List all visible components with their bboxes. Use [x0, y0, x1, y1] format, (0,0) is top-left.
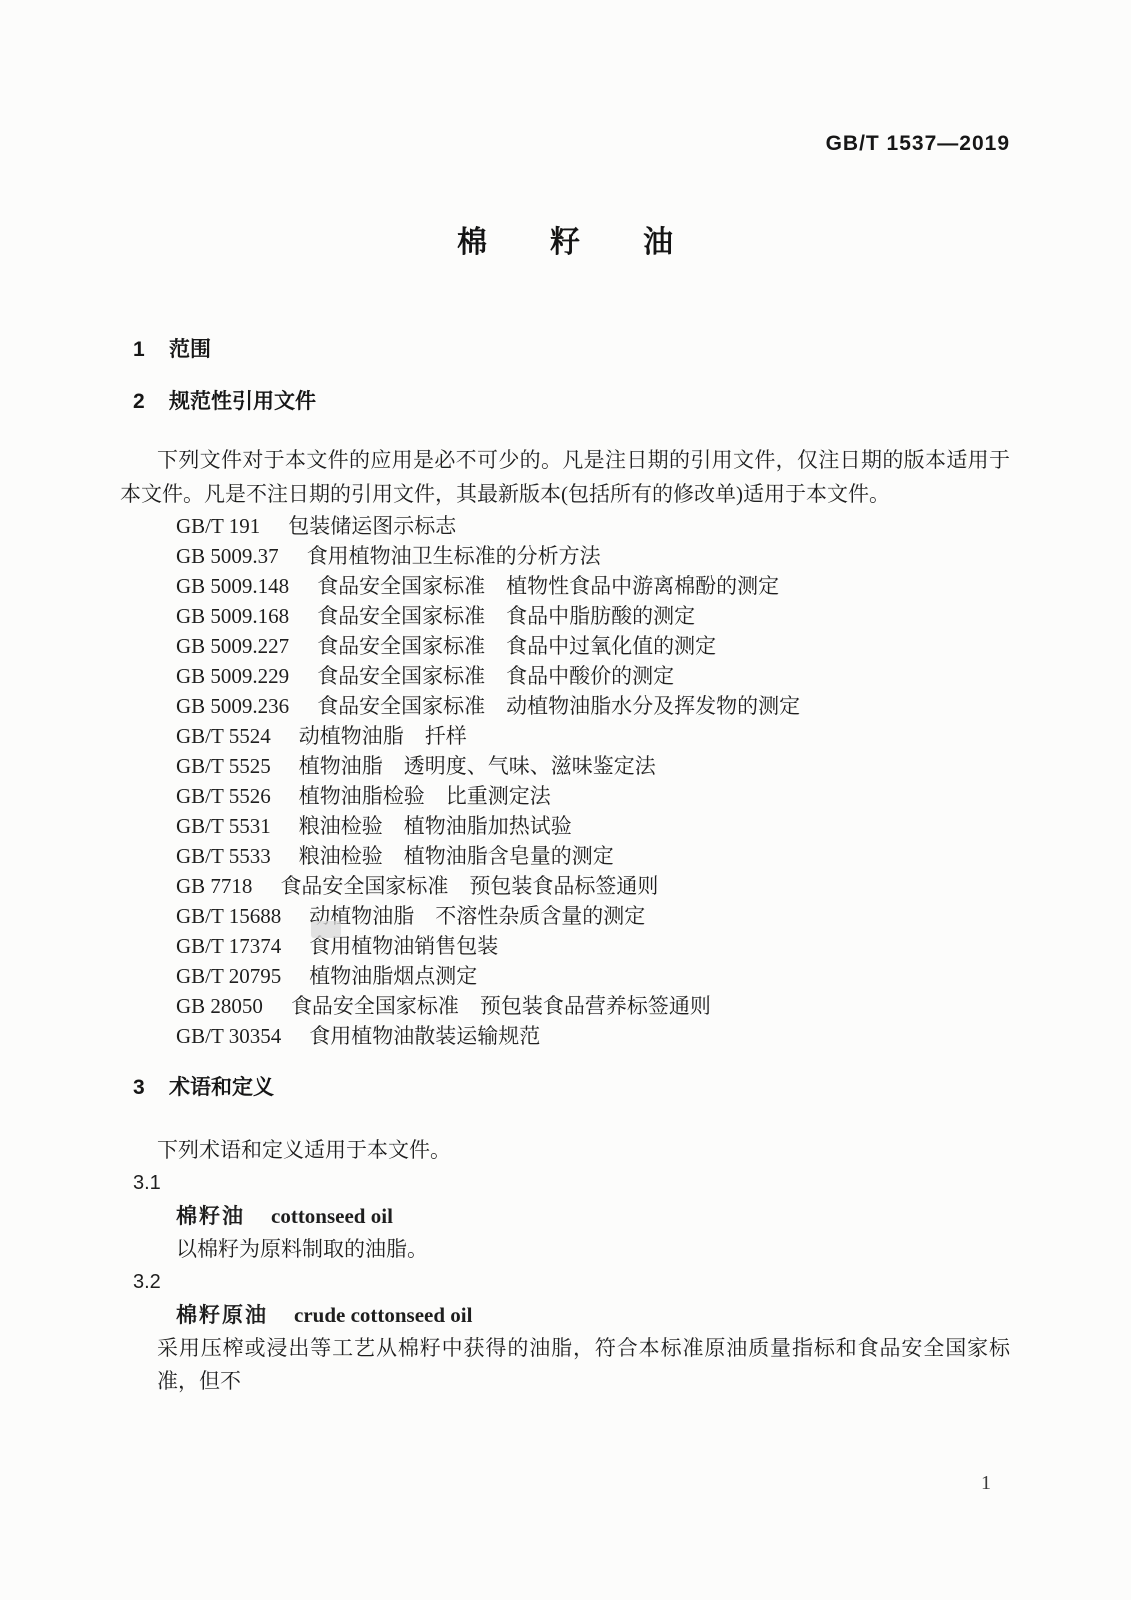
- reference-item: GB 5009.236食品安全国家标准 动植物油脂水分及挥发物的测定: [120, 691, 1010, 721]
- reference-item: GB 7718食品安全国家标准 预包装食品标签通则: [120, 871, 1010, 901]
- section-heading-scope: 1范围: [133, 339, 1010, 361]
- reference-title: 食品安全国家标准 食品中过氧化值的测定: [317, 634, 716, 658]
- page-content: GB/T 1537—2019 棉籽油 1范围 2规范性引用文件 下列文件对于本文…: [0, 0, 1131, 1398]
- reference-code: GB/T 5531: [176, 814, 271, 838]
- section-heading-terms: 3术语和定义: [133, 1077, 1010, 1099]
- reference-item: GB/T 30354食用植物油散装运输规范: [120, 1021, 1010, 1051]
- reference-code: GB/T 191: [176, 514, 260, 538]
- reference-code: GB 5009.168: [176, 604, 289, 628]
- term-number: 3.1: [133, 1167, 1010, 1200]
- reference-code: GB/T 30354: [176, 1024, 281, 1048]
- section-title: 术语和定义: [169, 1076, 274, 1099]
- reference-item: GB 5009.227食品安全国家标准 食品中过氧化值的测定: [120, 631, 1010, 661]
- reference-code: GB/T 17374: [176, 934, 281, 958]
- reference-item: GB/T 5531粮油检验 植物油脂加热试验: [120, 811, 1010, 841]
- reference-title: 动植物油脂 不溶性杂质含量的测定: [309, 904, 645, 928]
- reference-item: GB/T 5525植物油脂 透明度、气味、滋味鉴定法: [120, 751, 1010, 781]
- reference-item: GB/T 5533粮油检验 植物油脂含皂量的测定: [120, 841, 1010, 871]
- document-title: 棉籽油: [120, 227, 1010, 258]
- section-title: 范围: [169, 338, 211, 361]
- reference-item: GB/T 17374食用植物油销售包装: [120, 931, 1010, 961]
- reference-title: 粮油检验 植物油脂含皂量的测定: [299, 844, 614, 868]
- document-page: GB/T 1537—2019 棉籽油 1范围 2规范性引用文件 下列文件对于本文…: [0, 0, 1131, 1600]
- reference-title: 食品安全国家标准 食品中酸价的测定: [317, 664, 674, 688]
- term-entry: 3.2 棉籽原油crude cottonseed oil 采用压榨或浸出等工艺从…: [120, 1266, 1010, 1398]
- terms-intro: 下列术语和定义适用于本文件。: [120, 1133, 1010, 1167]
- term-name: 棉籽油cottonseed oil: [120, 1200, 1010, 1233]
- reference-code: GB 5009.148: [176, 574, 289, 598]
- reference-item: GB 5009.168食品安全国家标准 食品中脂肪酸的测定: [120, 601, 1010, 631]
- section-number: 3: [133, 1077, 169, 1099]
- reference-title: 粮油检验 植物油脂加热试验: [299, 814, 572, 838]
- reference-item: GB 5009.229食品安全国家标准 食品中酸价的测定: [120, 661, 1010, 691]
- reference-item: GB/T 5524动植物油脂 扦样: [120, 721, 1010, 751]
- reference-title: 包装储运图示标志: [288, 514, 456, 538]
- reference-code: GB/T 5533: [176, 844, 271, 868]
- term-definition: 以棉籽为原料制取的油脂。: [120, 1233, 1010, 1266]
- term-name: 棉籽原油crude cottonseed oil: [120, 1299, 1010, 1332]
- reference-code: GB/T 5526: [176, 784, 271, 808]
- term-definition: 采用压榨或浸出等工艺从棉籽中获得的油脂，符合本标准原油质量指标和食品安全国家标准…: [120, 1332, 1010, 1398]
- term-name-zh: 棉籽原油: [176, 1304, 268, 1327]
- reference-item: GB 5009.37食用植物油卫生标准的分析方法: [120, 541, 1010, 571]
- reference-code: GB 5009.227: [176, 634, 289, 658]
- references-intro-block: 下列文件对于本文件的应用是必不可少的。凡是注日期的引用文件，仅注日期的版本适用于…: [120, 443, 1010, 511]
- reference-item: GB 5009.148食品安全国家标准 植物性食品中游离棉酚的测定: [120, 571, 1010, 601]
- reference-title: 动植物油脂 扦样: [299, 724, 467, 748]
- reference-code: GB 7718: [176, 874, 252, 898]
- reference-title: 食品安全国家标准 食品中脂肪酸的测定: [317, 604, 695, 628]
- section-heading-references: 2规范性引用文件: [133, 391, 1010, 413]
- page-number: 1: [981, 1472, 991, 1494]
- standard-code: GB/T 1537—2019: [120, 133, 1010, 155]
- term-name-en: cottonseed oil: [271, 1204, 393, 1228]
- reference-title: 食品安全国家标准 植物性食品中游离棉酚的测定: [317, 574, 779, 598]
- section-number: 2: [133, 391, 169, 413]
- term-name-zh: 棉籽油: [176, 1205, 245, 1228]
- section-title: 规范性引用文件: [169, 390, 316, 413]
- section-number: 1: [133, 339, 169, 361]
- reference-title: 植物油脂检验 比重测定法: [299, 784, 551, 808]
- reference-code: GB/T 5525: [176, 754, 271, 778]
- scan-smudge-artifact: [311, 921, 341, 938]
- reference-item: GB/T 191包装储运图示标志: [120, 511, 1010, 541]
- reference-code: GB 28050: [176, 994, 263, 1018]
- term-number: 3.2: [133, 1266, 1010, 1299]
- reference-title: 食用植物油卫生标准的分析方法: [307, 544, 601, 568]
- reference-item: GB 28050食品安全国家标准 预包装食品营养标签通则: [120, 991, 1010, 1021]
- reference-title: 植物油脂 透明度、气味、滋味鉴定法: [299, 754, 656, 778]
- document-title-text: 棉籽油: [457, 226, 736, 259]
- reference-title: 食品安全国家标准 预包装食品标签通则: [280, 874, 658, 898]
- reference-title: 植物油脂烟点测定: [309, 964, 477, 988]
- reference-item: GB/T 20795植物油脂烟点测定: [120, 961, 1010, 991]
- reference-title: 食品安全国家标准 动植物油脂水分及挥发物的测定: [317, 694, 800, 718]
- reference-code: GB/T 5524: [176, 724, 271, 748]
- reference-code: GB/T 20795: [176, 964, 281, 988]
- reference-code: GB 5009.236: [176, 694, 289, 718]
- references-intro: 下列文件对于本文件的应用是必不可少的。凡是注日期的引用文件，仅注日期的版本适用于…: [120, 443, 1010, 511]
- reference-code: GB 5009.229: [176, 664, 289, 688]
- term-name-en: crude cottonseed oil: [294, 1303, 472, 1327]
- term-entries: 3.1 棉籽油cottonseed oil 以棉籽为原料制取的油脂。 3.2 棉…: [120, 1167, 1010, 1398]
- reference-code: GB/T 15688: [176, 904, 281, 928]
- reference-item: GB/T 15688动植物油脂 不溶性杂质含量的测定: [120, 901, 1010, 931]
- term-entry: 3.1 棉籽油cottonseed oil 以棉籽为原料制取的油脂。: [120, 1167, 1010, 1266]
- reference-code: GB 5009.37: [176, 544, 279, 568]
- reference-title: 食用植物油散装运输规范: [309, 1024, 540, 1048]
- reference-title: 食品安全国家标准 预包装食品营养标签通则: [291, 994, 711, 1018]
- reference-list: GB/T 191包装储运图示标志 GB 5009.37食用植物油卫生标准的分析方…: [120, 511, 1010, 1051]
- reference-item: GB/T 5526植物油脂检验 比重测定法: [120, 781, 1010, 811]
